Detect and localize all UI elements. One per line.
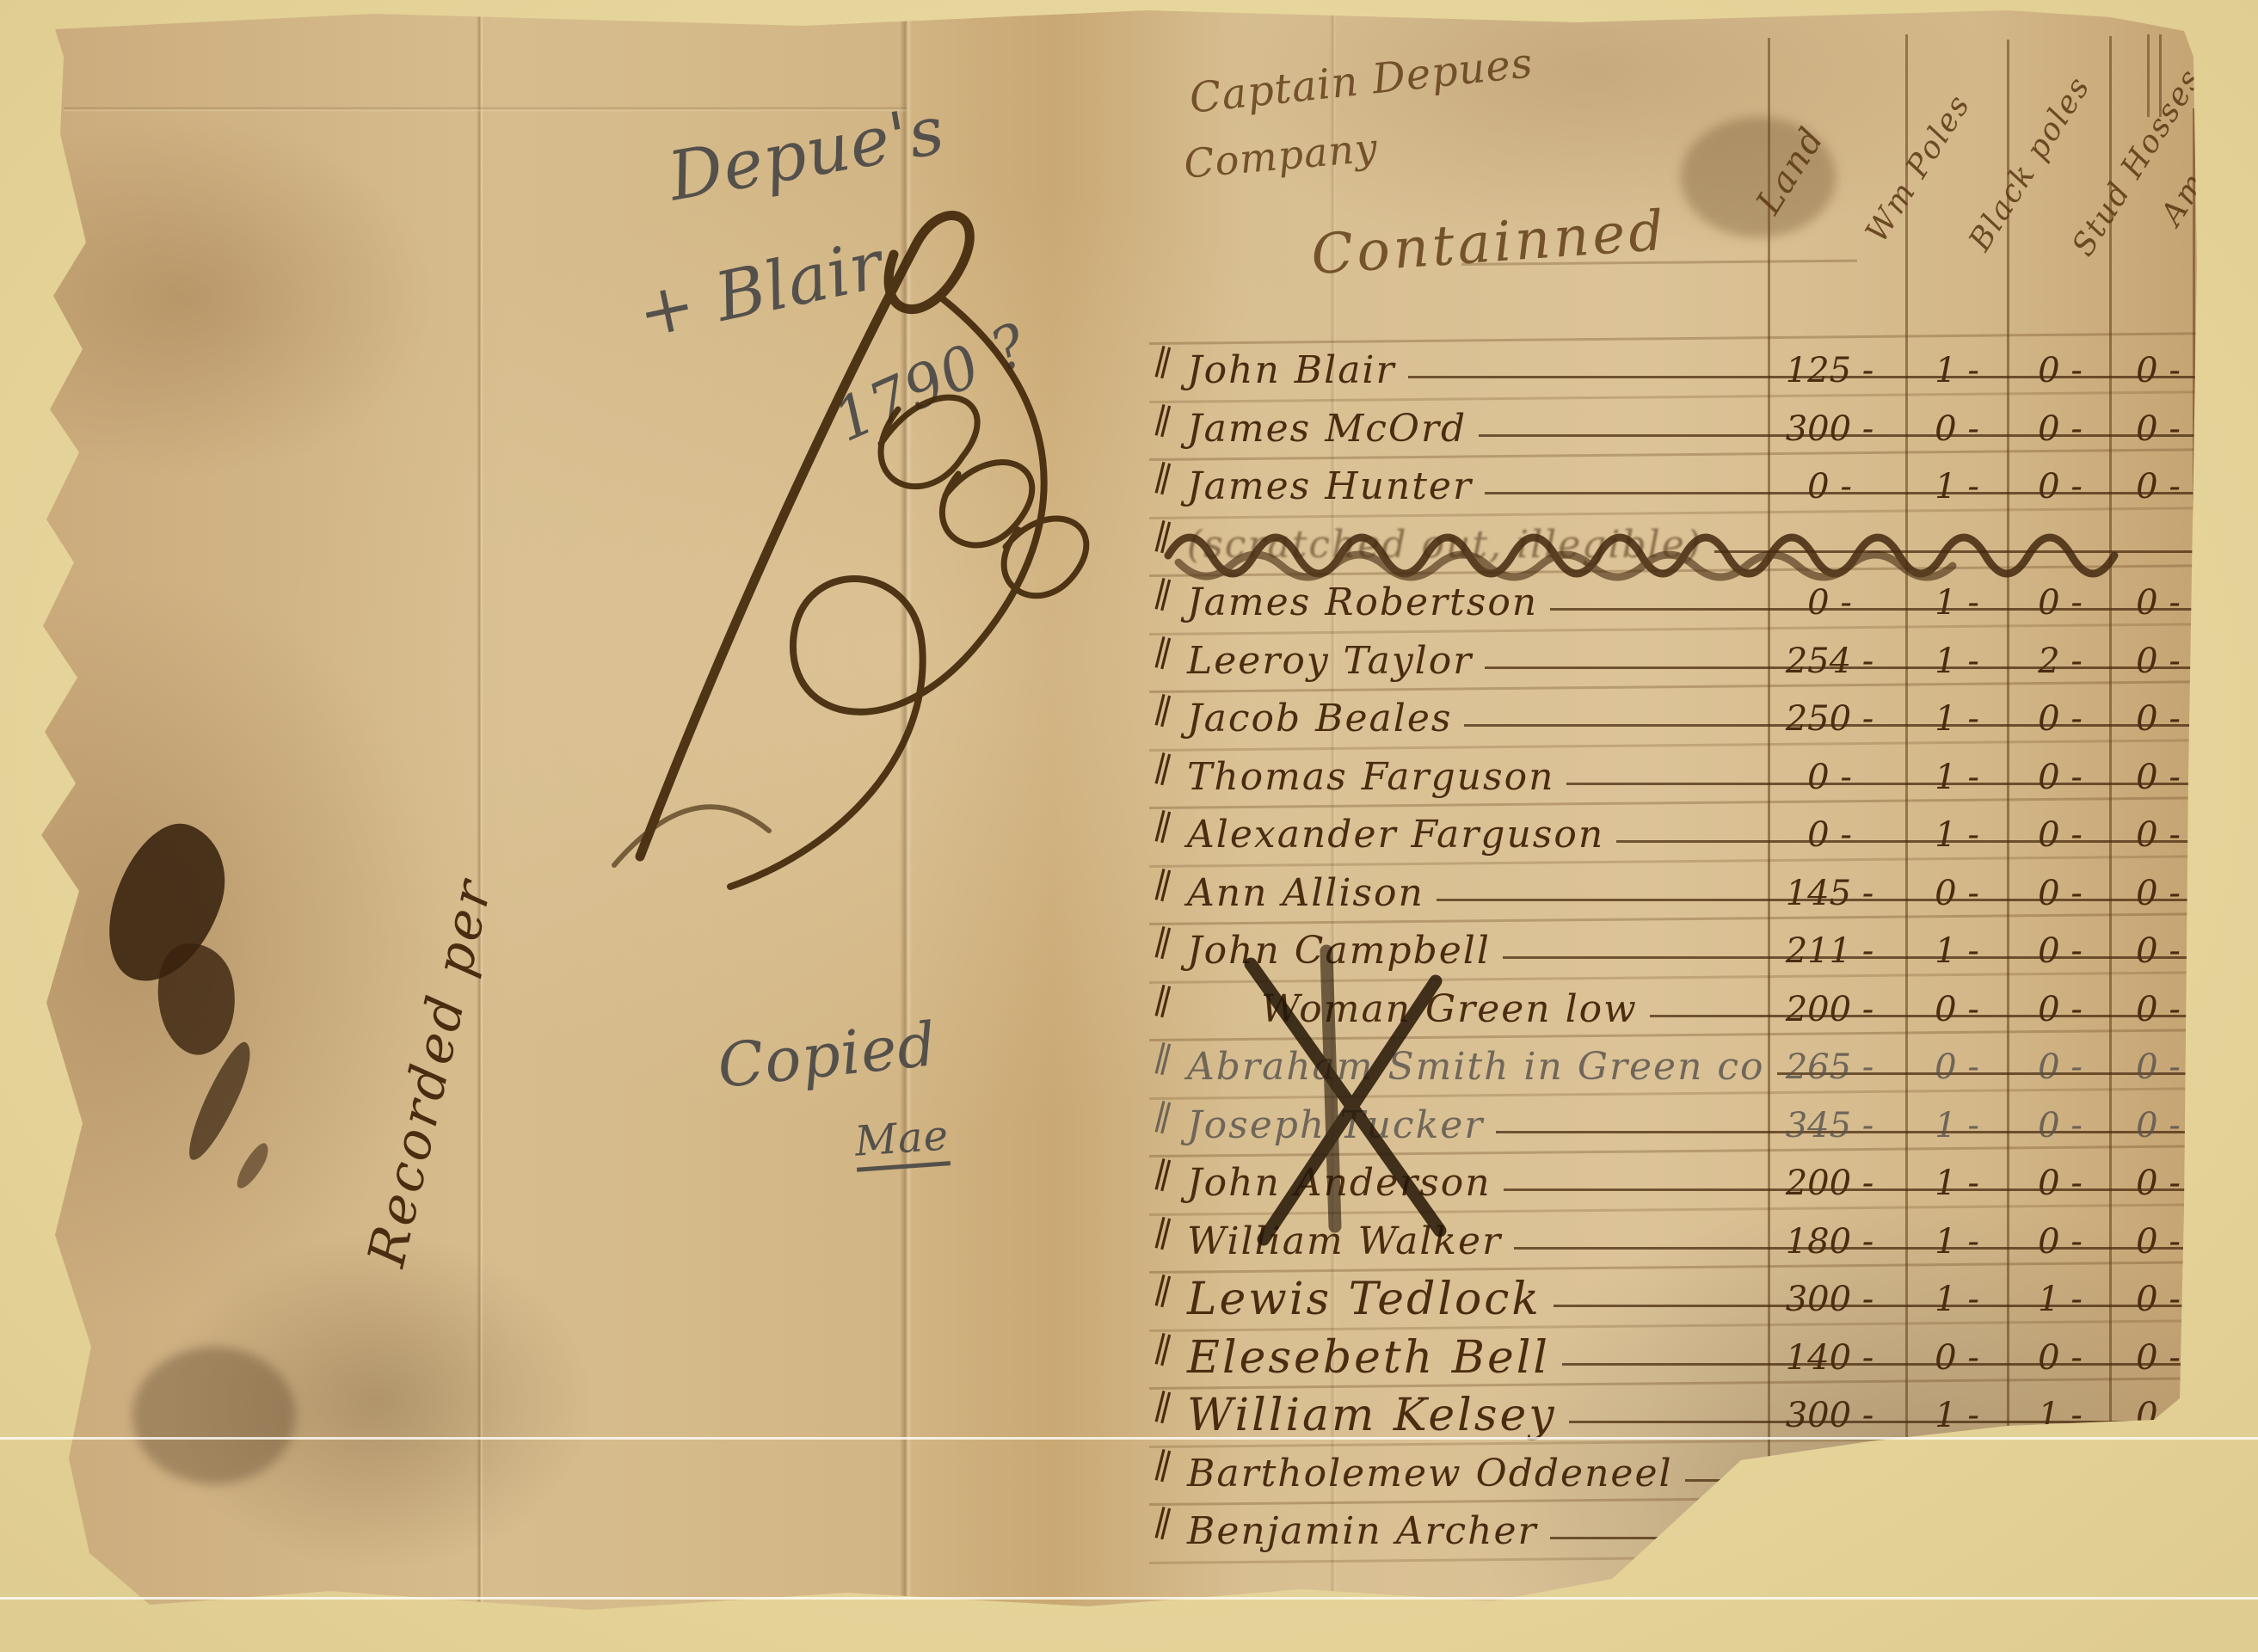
company-title-line2: Company xyxy=(1182,124,1380,187)
row-tick-mark: ∥ xyxy=(1150,749,1191,795)
table-row: ∥James McOrd300 -0 -0 -0 -0 xyxy=(1154,404,2247,458)
tally-value: 0 - xyxy=(2008,404,2113,454)
row-tick-mark: ∥ xyxy=(1150,865,1191,912)
tally-value: 0 - xyxy=(2111,1507,2206,1557)
taxpayer-name: William Kelsey xyxy=(1187,1391,1557,1440)
table-row: ∥Thomas Farguson0 -1 -0 -0 -0 xyxy=(1154,752,2247,806)
tally-value: 0 - xyxy=(2008,926,2113,976)
column-rule-line xyxy=(2147,34,2150,117)
tally-value: 0 xyxy=(2188,636,2243,686)
contained-subtitle: Containned xyxy=(1309,200,1669,288)
tally-value: 0 - xyxy=(1904,985,2009,1035)
tally-value: 0 xyxy=(2188,985,2243,1035)
tally-value: 0 - xyxy=(2111,869,2206,918)
land-acres-value: 400 - xyxy=(1757,1507,1903,1557)
land-acres-value: 100 - xyxy=(1757,1449,1903,1499)
tally-value: 1 - xyxy=(2008,1391,2113,1440)
pen-dash-line xyxy=(1550,1537,2235,1539)
tally-value: 0 - xyxy=(2111,1217,2206,1267)
row-tick-mark: ∥ xyxy=(1150,342,1191,389)
land-acres-value: 345 - xyxy=(1757,1101,1903,1151)
tally-value: 0 - xyxy=(1904,1333,2009,1383)
taxpayer-name: James McOrd xyxy=(1187,404,1467,454)
tally-value: 0 xyxy=(2188,810,2243,860)
x-strikethrough xyxy=(1225,943,1466,1252)
row-tick-mark: ∥ xyxy=(1150,1097,1191,1144)
tally-value: 0 - xyxy=(2111,636,2206,686)
taxpayer-name: Alexander Farguson xyxy=(1187,810,1604,860)
taxpayer-name: Bartholemew Oddeneel xyxy=(1187,1449,1673,1499)
table-row: ∥Alexander Farguson0 -1 -0 -0 -0 xyxy=(1154,810,2247,863)
tally-value: 0 xyxy=(2188,1217,2243,1267)
tally-value: 1 - xyxy=(1904,1101,2009,1151)
tally-value: 1 - xyxy=(1904,1391,2009,1440)
tally-value: 1 - xyxy=(1904,1217,2009,1267)
tally-value: 1 - xyxy=(2008,1274,2113,1324)
taxpayer-name: Elesebeth Bell xyxy=(1187,1333,1550,1383)
tally-value: 0 - xyxy=(2008,985,2113,1035)
pencil-note-mae: Mae xyxy=(853,1111,951,1171)
row-tick-mark: ∥ xyxy=(1150,401,1191,447)
tally-value: 0 - xyxy=(2111,752,2206,802)
tally-value: 1 - xyxy=(1904,636,2009,686)
tally-value: 0 xyxy=(2188,1391,2243,1440)
tally-value: 0 - xyxy=(2111,1333,2206,1383)
tally-value: 0 - xyxy=(2111,1158,2206,1208)
tally-value: 0 - xyxy=(1904,404,2009,454)
scanned-document-photo: Depue's + Blair 1790 ? Recorded per Copi… xyxy=(0,0,2258,1652)
tally-value: 1 - xyxy=(1904,346,2009,396)
smudge-stain xyxy=(132,1347,296,1484)
tally-value: 0 xyxy=(2188,1333,2243,1383)
tally-value: 0 - xyxy=(2111,1042,2206,1092)
taxpayer-name: Lewis Tedlock xyxy=(1187,1274,1541,1324)
manuscript-paper: Depue's + Blair 1790 ? Recorded per Copi… xyxy=(29,5,2207,1629)
tally-value: 0 xyxy=(2188,1042,2243,1092)
tally-value: 0 xyxy=(2188,1158,2243,1208)
column-rule-line xyxy=(2193,108,2195,1502)
land-acres-value: 265 - xyxy=(1757,1042,1903,1092)
row-rule-line xyxy=(1149,332,2203,345)
tally-value: 0 - xyxy=(1904,869,2009,918)
tally-value: 1 - xyxy=(1904,462,2009,512)
tally-value: 0 - xyxy=(2008,810,2113,860)
table-row: ∥William Kelsey300 -1 -1 -0 -0 xyxy=(1154,1391,2247,1444)
ink-streak xyxy=(232,1139,273,1193)
tally-value: 0 - xyxy=(2111,926,2206,976)
tally-value: 2 - xyxy=(2008,636,2113,686)
row-tick-mark: ∥ xyxy=(1150,633,1191,679)
tally-value: 0 xyxy=(2188,694,2243,744)
tally-value: 0 xyxy=(2188,346,2243,396)
pen-dash-line xyxy=(1685,1479,2235,1482)
land-acres-value: 0 - xyxy=(1757,810,1903,860)
row-tick-mark: ∥ xyxy=(1150,1039,1191,1085)
tally-value: 0 - xyxy=(2008,1507,2113,1557)
land-acres-value: 0 - xyxy=(1757,462,1903,512)
scan-artifact-line xyxy=(0,1597,2258,1600)
tally-value: 0 - xyxy=(2111,1391,2206,1440)
tally-value: 0 - xyxy=(2008,1449,2113,1499)
signature-flourish-ink xyxy=(511,151,1165,977)
row-tick-mark: ∥ xyxy=(1150,981,1191,1028)
land-acres-value: 200 - xyxy=(1757,985,1903,1035)
taxpayer-name: Ann Allison xyxy=(1187,869,1424,918)
land-acres-value: 145 - xyxy=(1757,869,1903,918)
horizontal-crease xyxy=(64,107,907,112)
taxpayer-name: Leeroy Taylor xyxy=(1187,636,1473,686)
tally-value: 0 - xyxy=(2008,752,2113,802)
tally-value: 1 - xyxy=(1904,810,2009,860)
table-row: ∥John Blair125 -1 -0 -0 -0 xyxy=(1154,346,2247,399)
land-acres-value: 300 - xyxy=(1757,1274,1903,1324)
tally-value: 0 - xyxy=(2008,1333,2113,1383)
land-acres-value: 300 - xyxy=(1757,404,1903,454)
table-row: ∥Ann Allison145 -0 -0 -0 -0 xyxy=(1154,869,2247,922)
tally-value: 0 - xyxy=(2008,694,2113,744)
scribble-strikethrough xyxy=(1161,511,2159,588)
pencil-note-copied: Copied xyxy=(714,1009,939,1102)
table-row: ∥Bartholemew Oddeneel100 -0 -0 -0 -0 xyxy=(1154,1449,2247,1502)
row-tick-mark: ∥ xyxy=(1150,923,1191,969)
column-header: Wm Poles xyxy=(1859,88,1978,249)
tally-value: 0 - xyxy=(2008,1042,2113,1092)
tally-value: 1 - xyxy=(1904,694,2009,744)
land-acres-value: 250 - xyxy=(1757,694,1903,744)
row-tick-mark: ∥ xyxy=(1150,1155,1191,1201)
land-acres-value: 125 - xyxy=(1757,346,1903,396)
taxpayer-name: John Blair xyxy=(1187,346,1396,396)
row-tick-mark: ∥ xyxy=(1150,1503,1191,1550)
tally-value: 1 - xyxy=(1904,752,2009,802)
land-acres-value: 300 - xyxy=(1757,1391,1903,1440)
table-row: ∥Benjamin Archer400 -1 -0 -0 -0 xyxy=(1154,1507,2247,1560)
tally-value: 0 - xyxy=(2111,1449,2206,1499)
taxpayer-name: Jacob Beales xyxy=(1187,694,1452,744)
tally-value: 0 - xyxy=(2111,985,2206,1035)
tally-value: 1 - xyxy=(1904,1507,2009,1557)
company-title-line1: Captain Depues xyxy=(1187,39,1535,123)
row-tick-mark: ∥ xyxy=(1150,807,1191,853)
table-row: ∥Leeroy Taylor254 -1 -2 -0 -0 xyxy=(1154,636,2247,690)
tally-value: 0 - xyxy=(2008,1101,2113,1151)
tally-value: 0 - xyxy=(2111,810,2206,860)
row-tick-mark: ∥ xyxy=(1150,691,1191,737)
taxpayer-name: James Hunter xyxy=(1187,462,1473,512)
tally-value: 1 - xyxy=(1904,1274,2009,1324)
tally-value: 0 - xyxy=(1904,1042,2009,1092)
ink-streak xyxy=(181,1037,260,1167)
land-acres-value: 254 - xyxy=(1757,636,1903,686)
row-tick-mark: ∥ xyxy=(1150,1387,1191,1434)
row-tick-mark: ∥ xyxy=(1150,1330,1191,1376)
table-row: ∥Lewis Tedlock300 -1 -1 -0 -0 xyxy=(1154,1274,2247,1328)
taxpayer-name: Thomas Farguson xyxy=(1187,752,1554,802)
land-acres-value: 0 - xyxy=(1757,752,1903,802)
tally-value: 0 - xyxy=(2008,462,2113,512)
land-acres-value: 140 - xyxy=(1757,1333,1903,1383)
tally-value: 0 - xyxy=(2008,346,2113,396)
row-tick-mark: ∥ xyxy=(1150,1271,1191,1317)
table-row: ∥Jacob Beales250 -1 -0 -0 -0 xyxy=(1154,694,2247,747)
tally-value: 0 - xyxy=(2111,694,2206,744)
tally-value: 0 xyxy=(2188,869,2243,918)
tally-value: 0 - xyxy=(2008,1158,2113,1208)
row-tick-mark: ∥ xyxy=(1150,458,1191,505)
row-tick-mark: ∥ xyxy=(1150,1446,1191,1492)
tally-value: 0 xyxy=(2188,404,2243,454)
tally-value: 0 xyxy=(2188,1449,2243,1499)
land-acres-value: 211 - xyxy=(1757,926,1903,976)
taxpayer-name: Benjamin Archer xyxy=(1187,1507,1538,1557)
tally-value: 0 - xyxy=(2008,869,2113,918)
tally-value: 0 - xyxy=(2008,1217,2113,1267)
table-row: ∥Elesebeth Bell140 -0 -0 -0 -0 xyxy=(1154,1333,2247,1386)
tally-value: 0 xyxy=(2188,1274,2243,1324)
tally-value: 0 - xyxy=(1904,1449,2009,1499)
land-acres-value: 180 - xyxy=(1757,1217,1903,1267)
tally-value: 0 xyxy=(2188,926,2243,976)
tally-value: 1 - xyxy=(1904,1158,2009,1208)
tally-value: 0 xyxy=(2188,1507,2243,1557)
tally-value: 1 - xyxy=(1904,926,2009,976)
land-acres-value: 200 - xyxy=(1757,1158,1903,1208)
tally-value: 0 xyxy=(2188,462,2243,512)
row-tick-mark: ∥ xyxy=(1150,1213,1191,1260)
scan-artifact-line xyxy=(0,1437,2258,1440)
table-row: ∥James Hunter0 -1 -0 -0 -0 xyxy=(1154,462,2247,515)
tally-value: 0 xyxy=(2188,578,2243,628)
tally-value: 0 xyxy=(2188,1101,2243,1151)
tally-value: 0 - xyxy=(2111,1274,2206,1324)
column-rule-line xyxy=(2159,34,2162,117)
tally-value: 0 xyxy=(2188,752,2243,802)
tally-value: 0 - xyxy=(2111,1101,2206,1151)
